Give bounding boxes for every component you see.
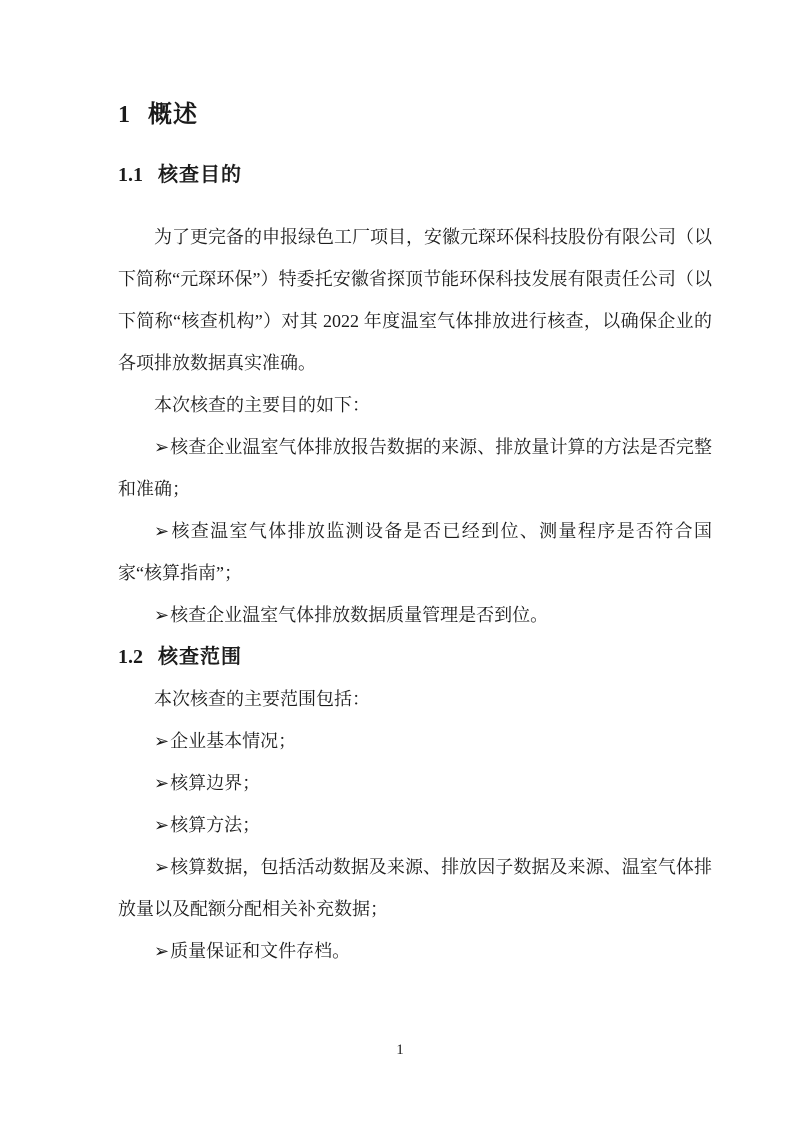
arrow-bullet-icon: ➢: [154, 815, 169, 835]
document-page-background: { "doc": { "bullet_char": "➢", "h1": { "…: [0, 0, 800, 1132]
bullet-item: ➢质量保证和文件存档。: [118, 930, 712, 972]
heading-overview: 1概述: [118, 100, 712, 130]
arrow-bullet-icon: ➢: [154, 941, 169, 961]
bullet-item: ➢核算边界；: [118, 762, 712, 804]
heading-number: 1: [118, 102, 130, 128]
heading-verification-purpose: 1.1核查目的: [118, 162, 712, 188]
arrow-bullet-icon: ➢: [154, 857, 169, 877]
arrow-bullet-icon: ➢: [154, 437, 169, 457]
paragraph: 为了更完备的申报绿色工厂项目，安徽元琛环保科技股份有限公司（以下简称“元琛环保”…: [118, 216, 712, 384]
bullet-item: ➢核查温室气体排放监测设备是否已经到位、测量程序是否符合国家“核算指南”；: [118, 510, 712, 594]
bullet-text: 质量保证和文件存档。: [170, 941, 350, 961]
heading-verification-scope: 1.2核查范围: [118, 636, 712, 678]
bullet-item: ➢核算方法；: [118, 804, 712, 846]
bullet-item: ➢核查企业温室气体排放数据质量管理是否到位。: [118, 594, 712, 636]
paragraph: 本次核查的主要目的如下：: [118, 384, 712, 426]
bullet-item: ➢核算数据，包括活动数据及来源、排放因子数据及来源、温室气体排放量以及配额分配相…: [118, 846, 712, 930]
body-text-block: 为了更完备的申报绿色工厂项目，安徽元琛环保科技股份有限公司（以下简称“元琛环保”…: [118, 216, 712, 972]
bullet-text: 核查企业温室气体排放数据质量管理是否到位。: [170, 605, 548, 625]
bullet-text: 核算数据，包括活动数据及来源、排放因子数据及来源、温室气体排放量以及配额分配相关…: [118, 857, 712, 919]
bullet-item: ➢企业基本情况；: [118, 720, 712, 762]
bullet-text: 核算边界；: [170, 773, 260, 793]
heading-title: 概述: [148, 102, 198, 128]
document-page: 1概述 1.1核查目的 为了更完备的申报绿色工厂项目，安徽元琛环保科技股份有限公…: [0, 0, 800, 1132]
heading-title: 核查范围: [158, 646, 242, 668]
bullet-text: 核算方法；: [170, 815, 260, 835]
bullet-text: 核查企业温室气体排放报告数据的来源、排放量计算的方法是否完整和准确；: [118, 437, 712, 499]
heading-title: 核查目的: [158, 164, 242, 186]
arrow-bullet-icon: ➢: [154, 731, 169, 751]
bullet-text: 企业基本情况；: [170, 731, 296, 751]
arrow-bullet-icon: ➢: [154, 521, 169, 541]
arrow-bullet-icon: ➢: [154, 605, 169, 625]
bullet-item: ➢核查企业温室气体排放报告数据的来源、排放量计算的方法是否完整和准确；: [118, 426, 712, 510]
arrow-bullet-icon: ➢: [154, 773, 169, 793]
bullet-text: 核查温室气体排放监测设备是否已经到位、测量程序是否符合国家“核算指南”；: [118, 521, 712, 583]
heading-number: 1.1: [118, 164, 143, 186]
page-number: 1: [0, 1040, 800, 1060]
heading-number: 1.2: [118, 646, 143, 668]
paragraph: 本次核查的主要范围包括：: [118, 678, 712, 720]
